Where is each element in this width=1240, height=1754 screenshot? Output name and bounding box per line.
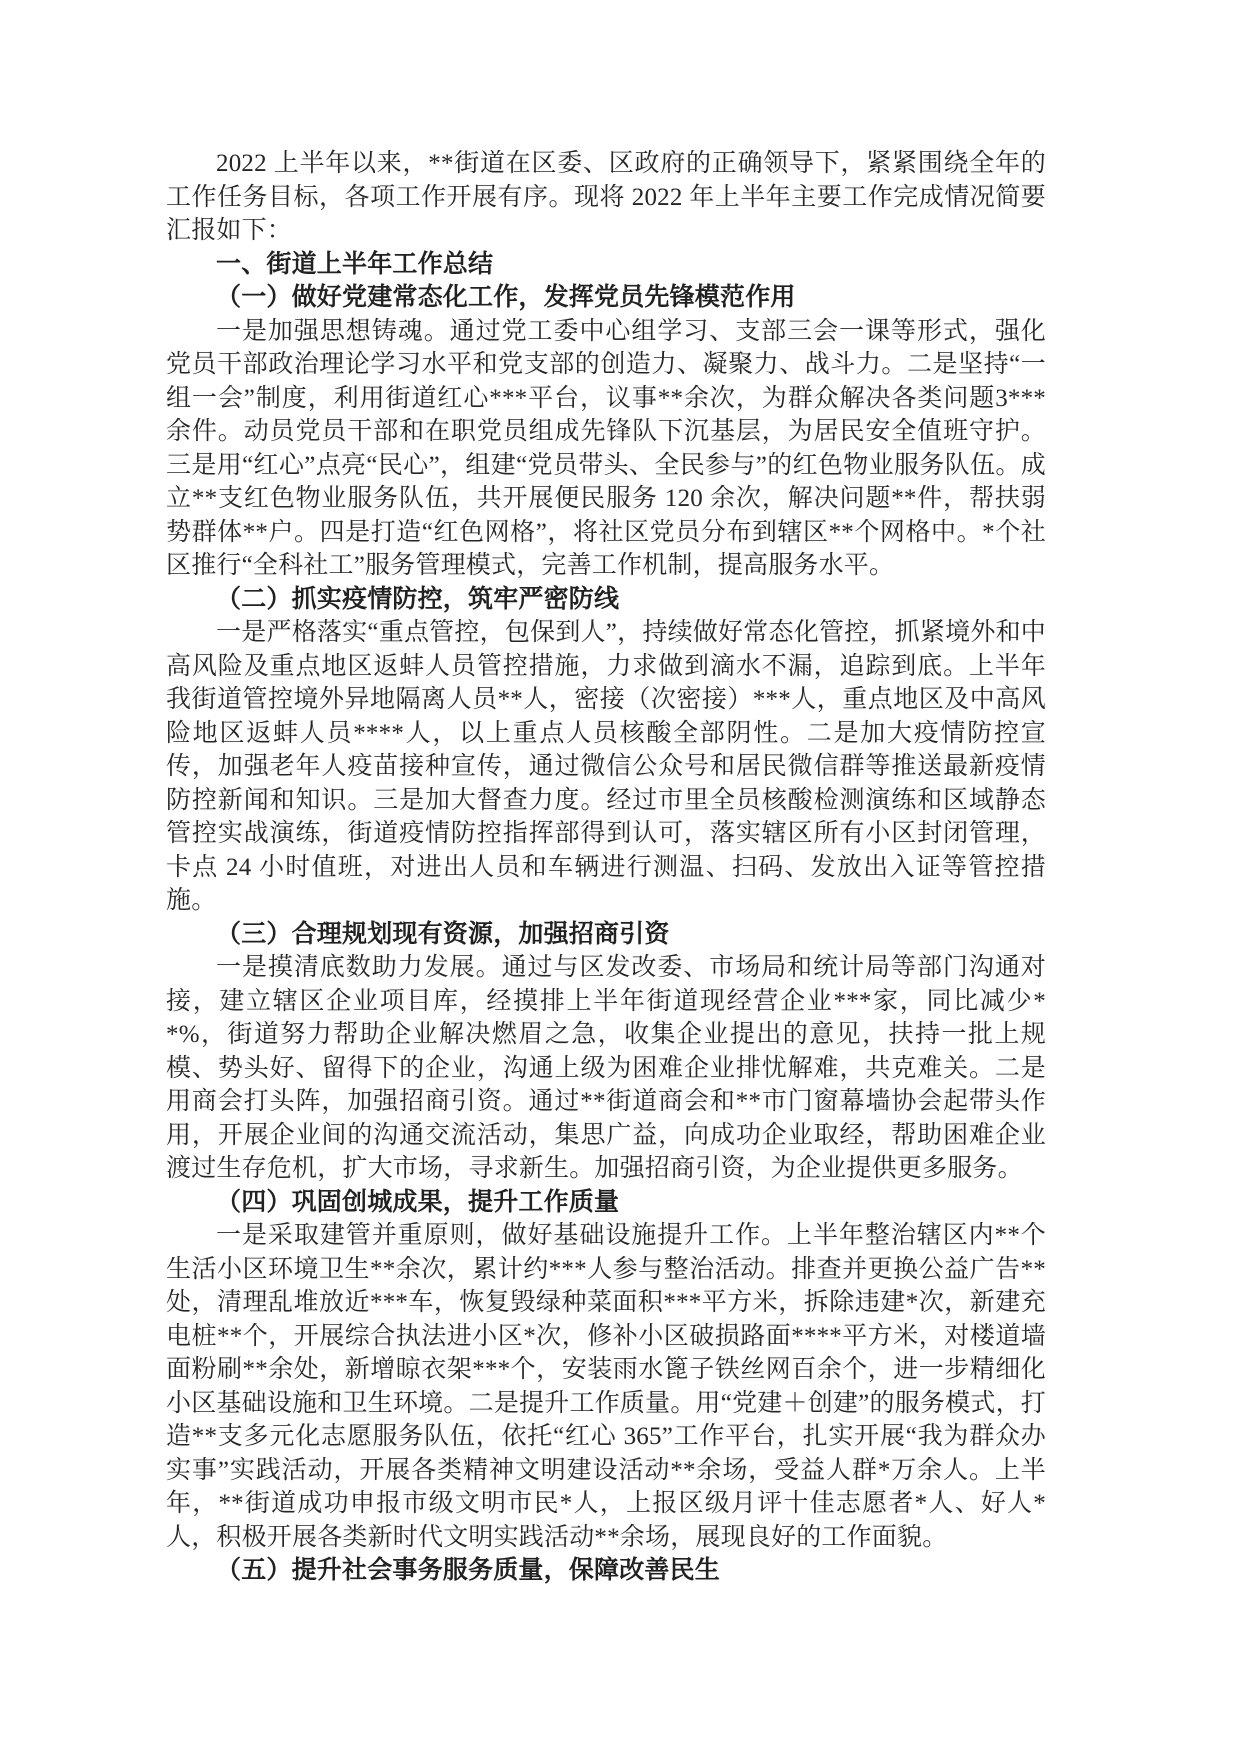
section-heading-epidemic-prevention: （二）抓实疫情防控，筑牢严密防线	[166, 583, 1046, 617]
section-heading-investment-promotion: （三）合理规划现有资源，加强招商引资	[166, 918, 1046, 952]
intro-paragraph: 2022 上半年以来，**街道在区委、区政府的正确领导下，紧紧围绕全年的工作任务…	[166, 147, 1046, 248]
section-heading-city-improvement: （四）巩固创城成果，提升工作质量	[166, 1186, 1046, 1220]
section-paragraph-investment-promotion: 一是摸清底数助力发展。通过与区发改委、市场局和统计局等部门沟通对接，建立辖区企业…	[166, 951, 1046, 1186]
section-paragraph-city-improvement: 一是采取建管并重原则，做好基础设施提升工作。上半年整治辖区内**个生活小区环境卫…	[166, 1219, 1046, 1554]
section-paragraph-party-building: 一是加强思想铸魂。通过党工委中心组学习、支部三会一课等形式，强化党员干部政治理论…	[166, 315, 1046, 583]
section-heading-social-affairs: （五）提升社会事务服务质量，保障改善民生	[166, 1554, 1046, 1588]
section-paragraph-epidemic-prevention: 一是严格落实“重点管控，包保到人”，持续做好常态化管控，抓紧境外和中高风险及重点…	[166, 616, 1046, 918]
section-heading-summary: 一、街道上半年工作总结	[166, 248, 1046, 282]
section-heading-party-building: （一）做好党建常态化工作，发挥党员先锋模范作用	[166, 281, 1046, 315]
document-page: 2022 上半年以来，**街道在区委、区政府的正确领导下，紧紧围绕全年的工作任务…	[0, 0, 1240, 1754]
